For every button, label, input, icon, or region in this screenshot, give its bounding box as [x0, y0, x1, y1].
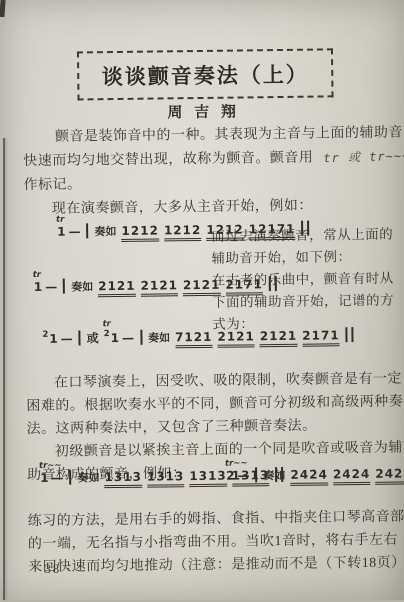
barline — [79, 330, 81, 345]
barline — [255, 467, 257, 482]
note-group: 1313 — [189, 469, 227, 487]
example1-side-text-line1: 而过去演奏颤音，常从上面的 — [211, 222, 393, 244]
paragraph2-line4: 初级颤音是以紧挨主音上面的一个同是吹音或吸音为辅 — [55, 437, 403, 461]
paragraph1-line4: 现在演奏颤音，大多从主音开始，例如： — [52, 195, 313, 218]
paragraph2-line3: 法。这两种奏法中，又包含了三种颤音奏法。 — [26, 415, 316, 439]
paragraph1-line2-text: 快速而均匀地交替出现，故称为颤音。颤音用 — [23, 151, 313, 170]
duration-dash: — — [51, 471, 62, 485]
play-as-label: 奏如 — [148, 332, 170, 344]
trill-handwritten-mark: tr 或 tr~~~ — [323, 147, 404, 167]
main-note: tr~~1 — [40, 471, 49, 485]
note-value: 1 — [49, 332, 58, 346]
paragraph3-line1: 练习的方法，是用右手的姆指、食指、中指夹住口琴高音部 — [28, 506, 404, 531]
barline — [69, 470, 71, 485]
duration-dash: — — [45, 280, 56, 294]
paragraph1-line2: 快速而均匀地交替出现，故称为颤音。颤音用tr 或 tr~~~ — [23, 145, 404, 170]
page-number: · 38 · — [33, 562, 72, 577]
trill-mark: tr~~ — [225, 458, 248, 468]
barline — [63, 279, 65, 294]
music-example-3: 21—或tr21—奏如7121212121212171 — [42, 326, 353, 350]
paragraph1-line1: 颤音是装饰音中的一种。其表现为主音与上面的辅助音 — [55, 122, 403, 146]
trill-mark: tr~~ — [39, 461, 62, 471]
duration-dash: — — [68, 224, 79, 238]
barline — [86, 223, 88, 238]
note-value: 1 — [34, 280, 43, 294]
paragraph1-line3: 作标记。 — [23, 173, 81, 194]
paragraph3-line2: 的一端，无名指与小指弯曲不用。当吹1音时，将右手左右 — [28, 529, 398, 554]
example2-side-text-line2: 下面的辅助音开始，记谱的方 — [212, 288, 394, 310]
author-name: 周 吉 翔 — [78, 99, 330, 123]
note-group: 1313 — [104, 470, 142, 488]
page-content: 谈谈颤音奏法（上） 周 吉 翔 颤音是装饰音中的一种。其表现为主音与上面的辅助音… — [0, 0, 404, 600]
duration-dash: — — [122, 331, 133, 345]
paragraph2-line2: 困难的。根据吹奏水平的不同，颤音可分初级和高级两种奏 — [26, 391, 403, 416]
duration-dash: — — [237, 468, 248, 482]
main-note: tr1 — [57, 225, 66, 239]
note-group: 2121 — [260, 329, 298, 347]
example1-side-text-line2: 辅助音开始，如下例： — [211, 245, 351, 267]
grace-note: 2 — [104, 329, 110, 339]
scanned-page: 谈谈颤音奏法（上） 周 吉 翔 颤音是装饰音中的一种。其表现为主音与上面的辅助音… — [0, 0, 404, 600]
note-group: 1313 — [147, 469, 185, 487]
final-barline — [346, 327, 354, 342]
article-title-box: 谈谈颤音奏法（上） — [77, 48, 334, 100]
note-group: 2171 — [302, 328, 340, 346]
note-group: 2121 — [217, 329, 255, 347]
note-group: 2424 — [290, 467, 328, 485]
note-value: 1 — [111, 331, 120, 345]
main-note: tr21 — [104, 329, 119, 345]
note-group: 7121 — [175, 330, 213, 348]
trill-mark: tr — [33, 270, 41, 280]
trill-mark: tr — [103, 319, 111, 329]
note-value: 1 — [40, 471, 49, 485]
note-group: 2424 — [375, 466, 404, 484]
note-group: 2121 — [98, 279, 136, 297]
note-group: 1212 — [164, 223, 202, 241]
paragraph2-line1: 在口琴演奏上，因受吹、吸的限制，吹奏颤音是有一定 — [54, 368, 402, 392]
duration-dash: — — [61, 332, 72, 346]
play-as-label: 奏如 — [263, 470, 285, 482]
music-example-4-right: tr~~2—奏如2424242424242424 — [226, 465, 404, 487]
play-as-label: 奏如 — [77, 472, 99, 484]
page-title: 谈谈颤音奏法（上） — [102, 58, 309, 91]
note-group: 1212 — [121, 223, 159, 241]
trill-mark: tr — [56, 215, 64, 225]
note-value: 2 — [226, 469, 235, 483]
play-as-label: 奏如 — [71, 281, 93, 293]
play-as-label: 奏如 — [94, 226, 116, 238]
note-group: 2121 — [141, 278, 179, 296]
paragraph3-line3: 来回快速而均匀地推动（注意：是推动而不是（下转18页） — [28, 552, 404, 577]
main-note: tr1 — [34, 280, 43, 294]
or-label: 或 — [87, 331, 99, 345]
note-group: 2424 — [333, 467, 371, 485]
grace-note: 2 — [42, 330, 48, 340]
note-value: 1 — [57, 225, 66, 239]
main-note: tr~~2 — [226, 469, 235, 483]
barline — [140, 330, 142, 345]
